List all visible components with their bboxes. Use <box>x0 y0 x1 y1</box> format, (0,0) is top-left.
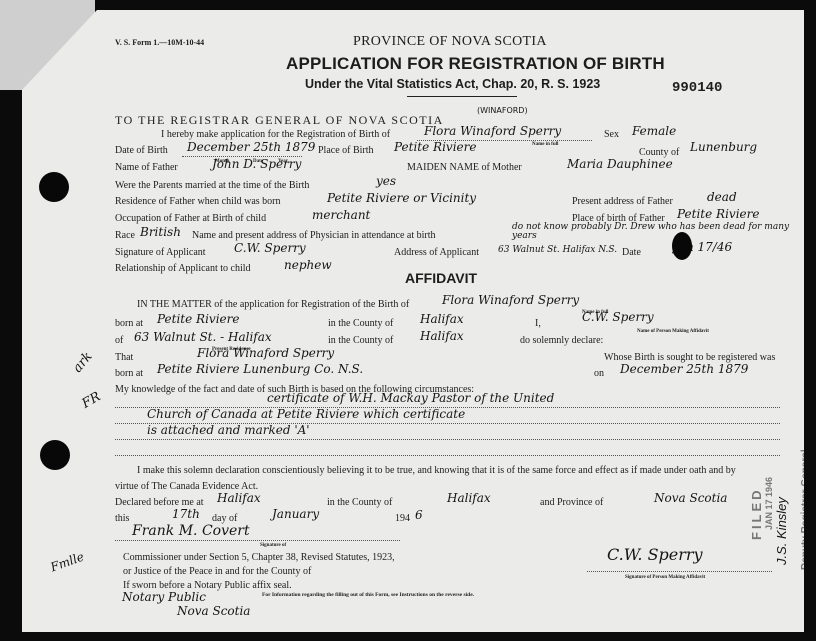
affidavit-county2-field[interactable]: Halifax <box>420 329 464 343</box>
registrar-signature: J.S. Kinsley <box>774 497 789 565</box>
punch-hole-top <box>39 172 69 202</box>
father-label: Name of Father <box>115 162 178 173</box>
registrar-stamp: Deputy Registrar General <box>800 449 811 570</box>
notary-province[interactable]: Nova Scotia <box>177 604 250 618</box>
addressee: TO THE REGISTRAR GENERAL OF NOVA SCOTIA <box>115 113 444 128</box>
present-address-label: Present address of Father <box>572 196 673 207</box>
father-birthplace-field[interactable]: Petite Riviere <box>677 207 759 221</box>
intro-label: I hereby make application for the Regist… <box>161 129 390 140</box>
on-label: on <box>594 368 604 379</box>
married-label: Were the Parents married at the time of … <box>115 180 309 191</box>
declared-county-field[interactable]: Halifax <box>447 491 491 505</box>
affiant-signature[interactable]: C.W. Sperry <box>607 545 703 564</box>
header-rule <box>407 96 517 97</box>
circumstance-text-1[interactable]: certificate of W.H. Mackay Pastor of the… <box>267 391 554 405</box>
declare-label: do solemnly declare: <box>520 335 603 346</box>
sex-label: Sex <box>604 129 619 140</box>
born-at-label: born at <box>115 318 143 329</box>
declared-at-field[interactable]: Halifax <box>217 491 261 505</box>
affiant-signature-caption: Signature of Person Making Affidavit <box>625 575 705 580</box>
relationship-field[interactable]: nephew <box>284 258 332 272</box>
applicant-address-label: Address of Applicant <box>394 247 479 258</box>
residence-field[interactable]: Petite Riviere or Vicinity <box>327 191 476 205</box>
name-in-full-caption: Name in full <box>532 142 558 147</box>
commissioner-line-1: Commissioner under Section 5, Chapter 38… <box>123 552 395 563</box>
mother-label: MAIDEN NAME of Mother <box>407 162 522 173</box>
applicant-signature[interactable]: C.W. Sperry <box>234 241 306 255</box>
married-field[interactable]: yes <box>376 174 396 188</box>
circumstance-line-3 <box>115 439 780 440</box>
occupation-label: Occupation of Father at Birth of child <box>115 213 266 224</box>
circumstance-text-3[interactable]: is attached and marked 'A' <box>147 423 310 437</box>
filed-stamp: FILED <box>749 487 764 540</box>
physician-label: Name and present address of Physician in… <box>192 230 436 241</box>
year-suffix-field[interactable]: 6 <box>415 508 423 522</box>
matter-label: IN THE MATTER of the application for Reg… <box>137 299 409 310</box>
declarant-name-field[interactable]: C.W. Sperry <box>582 310 654 324</box>
circumstance-line-4 <box>115 455 780 456</box>
commissioner-line-2: or Justice of the Peace in and for the C… <box>123 566 311 577</box>
margin-note-ark: ark <box>70 349 96 375</box>
province-field[interactable]: Nova Scotia <box>654 491 727 505</box>
affidavit-county-label: in the County of <box>328 318 393 329</box>
on-date-field[interactable]: December 25th 1879 <box>620 362 748 376</box>
county-field[interactable]: Lunenburg <box>690 140 757 154</box>
declared-county-label: in the County of <box>327 497 392 508</box>
born-at2-label: born at <box>115 368 143 379</box>
present-address-field[interactable]: dead <box>707 190 737 204</box>
that-name-field[interactable]: Flora Winaford Sperry <box>197 346 334 360</box>
i-label: I, <box>535 318 541 329</box>
circumstance-text-2[interactable]: Church of Canada at Petite Riviere which… <box>147 407 465 421</box>
month-field[interactable]: January <box>272 507 319 521</box>
applicant-signature-label: Signature of Applicant <box>115 247 206 258</box>
form-title: APPLICATION FOR REGISTRATION OF BIRTH <box>286 54 665 74</box>
born-at-field[interactable]: Petite Riviere <box>157 312 239 326</box>
affiant-signature-line <box>587 571 772 572</box>
birth-registration-form: V. S. Form 1.—10M-10-44 PROVINCE OF NOVA… <box>22 10 804 632</box>
commissioner-signature[interactable]: Frank M. Covert <box>132 523 250 539</box>
father-field[interactable]: John D. Sperry <box>212 157 301 171</box>
that-label: That <box>115 352 133 363</box>
sex-field[interactable]: Female <box>632 124 676 138</box>
this-label: this <box>115 513 129 524</box>
pob-field[interactable]: Petite Riviere <box>394 140 476 154</box>
instructions-note: For Information regarding the filling ou… <box>262 592 474 598</box>
born-at2-field[interactable]: Petite Riviere Lunenburg Co. N.S. <box>157 362 363 376</box>
declaration-text: I make this solemn declaration conscient… <box>137 465 736 476</box>
relationship-label: Relationship of Applicant to child <box>115 263 251 274</box>
filed-date-stamp: JAN 17 1946 <box>764 477 774 530</box>
child-name-field[interactable]: Flora Winaford Sperry <box>424 124 561 138</box>
ink-blot <box>672 232 692 260</box>
mother-field[interactable]: Maria Dauphinee <box>567 157 673 171</box>
serial-number: 990140 <box>672 80 722 96</box>
province-heading: PROVINCE OF NOVA SCOTIA <box>353 34 547 50</box>
residence-label: Residence of Father when child was born <box>115 196 281 207</box>
of-label: of <box>115 335 123 346</box>
name-correction: (WINAFORD) <box>477 106 528 115</box>
pob-label: Place of Birth <box>318 145 374 156</box>
declarant-caption: Name of Person Making Affidavit <box>637 329 709 334</box>
margin-note-fr: FR <box>80 389 104 411</box>
notary-signature[interactable]: Notary Public <box>122 590 206 604</box>
affidavit-county2-label: in the County of <box>328 335 393 346</box>
race-field[interactable]: British <box>140 225 181 239</box>
race-label: Race <box>115 230 135 241</box>
form-number: V. S. Form 1.—10M-10-44 <box>115 38 204 47</box>
province-label: and Province of <box>540 497 603 508</box>
margin-initials: Fmlle <box>49 550 86 575</box>
date-label: Date <box>622 247 641 258</box>
signature-of-caption: Signature of <box>260 543 286 548</box>
dob-label: Date of Birth <box>115 145 168 156</box>
applicant-address-field[interactable]: 63 Walnut St. Halifax N.S. <box>498 245 617 255</box>
punch-hole-bottom <box>40 440 70 470</box>
occupation-field[interactable]: merchant <box>312 208 370 222</box>
matter-name-field[interactable]: Flora Winaford Sperry <box>442 293 579 307</box>
of-residence-field[interactable]: 63 Walnut St. - Halifax <box>134 330 272 344</box>
commissioner-signature-line <box>115 540 400 541</box>
physician-field[interactable]: do not know probably Dr. Drew who has be… <box>512 223 802 241</box>
affidavit-county-field[interactable]: Halifax <box>420 312 464 326</box>
day-field[interactable]: 17th <box>172 507 200 521</box>
affidavit-heading: AFFIDAVIT <box>405 270 477 286</box>
dob-field[interactable]: December 25th 1879 <box>187 140 315 154</box>
form-subtitle: Under the Vital Statistics Act, Chap. 20… <box>305 77 600 91</box>
year-label: 194 <box>395 513 410 524</box>
